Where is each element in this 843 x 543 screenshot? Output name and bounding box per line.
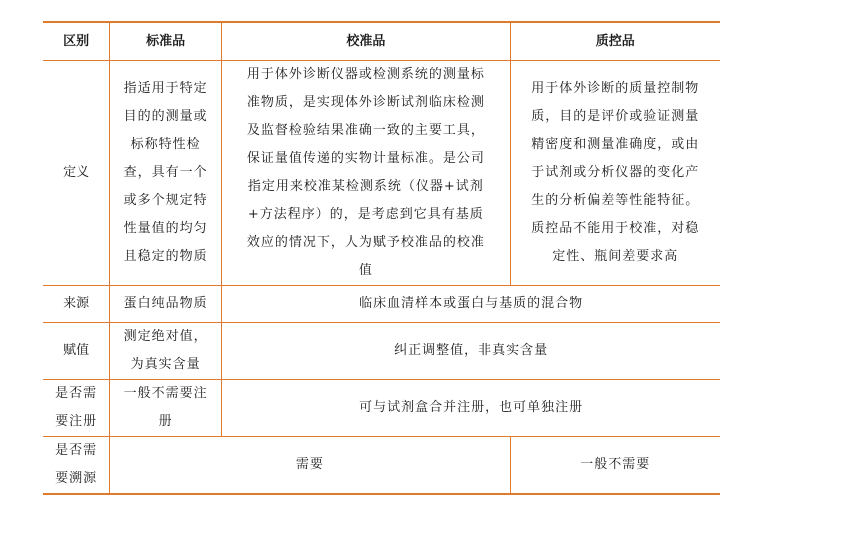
registration-calibrator-control: 可与试剂盒合并注册，也可单独注册 bbox=[222, 380, 720, 437]
header-calibrator: 校准品 bbox=[222, 22, 510, 61]
registration-label: 是否需 要注册 bbox=[43, 380, 110, 437]
header-control: 质控品 bbox=[510, 22, 720, 61]
comparison-table: 区别 标准品 校准品 质控品 定义 指适用于特定 目的的测量或 标称特性检 查，… bbox=[43, 21, 720, 495]
definition-row: 定义 指适用于特定 目的的测量或 标称特性检 查，具有一个 或多个规定特 性量值… bbox=[43, 61, 720, 286]
source-calibrator-control: 临床血清样本或蛋白与基质的混合物 bbox=[222, 286, 720, 323]
definition-calibrator: 用于体外诊断仪器或检测系统的测量标 准物质，是实现体外诊断试剂临床检测 及监督检… bbox=[222, 61, 510, 286]
registration-standard: 一般不需要注 册 bbox=[110, 380, 222, 437]
traceability-label: 是否需 要溯源 bbox=[43, 437, 110, 495]
definition-label: 定义 bbox=[43, 61, 110, 286]
header-category: 区别 bbox=[43, 22, 110, 61]
assigned-value-standard: 测定绝对值， 为真实含量 bbox=[110, 323, 222, 380]
definition-standard: 指适用于特定 目的的测量或 标称特性检 查，具有一个 或多个规定特 性量值的均匀… bbox=[110, 61, 222, 286]
traceability-control: 一般不需要 bbox=[510, 437, 720, 495]
registration-row: 是否需 要注册 一般不需要注 册 可与试剂盒合并注册，也可单独注册 bbox=[43, 380, 720, 437]
assigned-value-label: 赋值 bbox=[43, 323, 110, 380]
source-row: 来源 蛋白纯品物质 临床血清样本或蛋白与基质的混合物 bbox=[43, 286, 720, 323]
header-row: 区别 标准品 校准品 质控品 bbox=[43, 22, 720, 61]
assigned-value-calibrator-control: 纠正调整值，非真实含量 bbox=[222, 323, 720, 380]
definition-control: 用于体外诊断的质量控制物 质，目的是评价或验证测量 精密度和测量准确度，或由 于… bbox=[510, 61, 720, 286]
header-standard: 标准品 bbox=[110, 22, 222, 61]
source-label: 来源 bbox=[43, 286, 110, 323]
assigned-value-row: 赋值 测定绝对值， 为真实含量 纠正调整值，非真实含量 bbox=[43, 323, 720, 380]
traceability-standard-calibrator: 需要 bbox=[110, 437, 510, 495]
source-standard: 蛋白纯品物质 bbox=[110, 286, 222, 323]
traceability-row: 是否需 要溯源 需要 一般不需要 bbox=[43, 437, 720, 495]
